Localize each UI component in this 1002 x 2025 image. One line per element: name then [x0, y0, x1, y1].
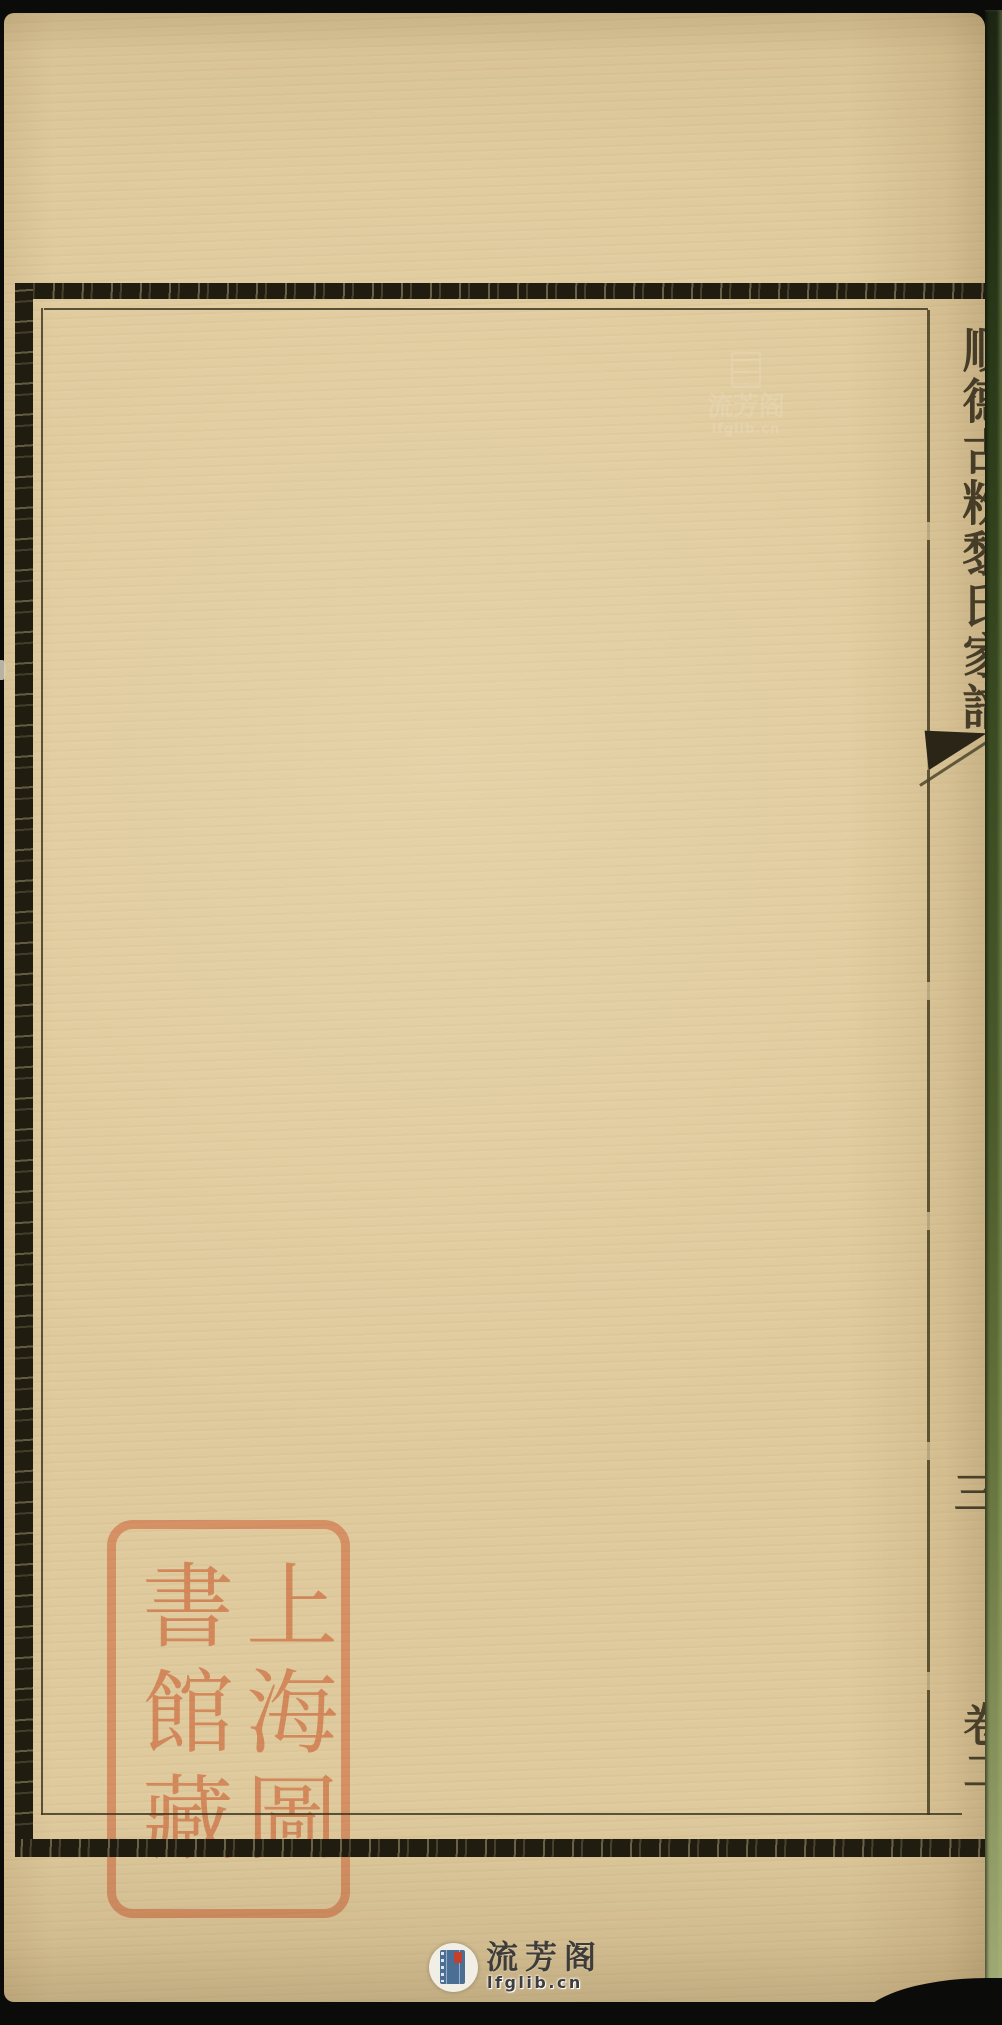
inner-rule-left: [41, 308, 43, 1815]
frame-left-border: [15, 283, 33, 1857]
frame-bottom-border: [15, 1839, 985, 1857]
scanned-book-photo: 順德古粉黎氏家譜 三 卷二 上海圖書館藏 流芳阁 lfglib.cn 流芳阁 l…: [0, 0, 1002, 2025]
watermark-badge: [429, 1943, 478, 1992]
watermark-site-name: 流芳阁: [690, 392, 802, 422]
inner-rule-bottom: [41, 1813, 962, 1815]
title-column-divider-line: [927, 310, 930, 1815]
volume-label: 卷二: [952, 1701, 985, 1823]
book-icon: [440, 1950, 465, 1984]
page-number: 三: [954, 1471, 985, 1517]
watermark-site-url: lfglib.cn: [487, 1973, 583, 1993]
library-seal: 上海圖書館藏: [107, 1520, 350, 1918]
book-spine-edge: [985, 10, 1002, 2006]
faint-watermark: 流芳阁 lfglib.cn: [690, 352, 802, 438]
watermark-site-url: lfglib.cn: [690, 422, 802, 438]
book-icon: [731, 352, 761, 388]
frame-top-border: [18, 283, 985, 299]
book-page: 順德古粉黎氏家譜 三 卷二 上海圖書館藏 流芳阁 lfglib.cn: [4, 13, 985, 2002]
inner-rule-top: [44, 308, 928, 310]
watermark-site-name: 流芳阁: [486, 1939, 603, 1975]
book-title-vertical: 順德古粉黎氏家譜: [946, 325, 985, 749]
